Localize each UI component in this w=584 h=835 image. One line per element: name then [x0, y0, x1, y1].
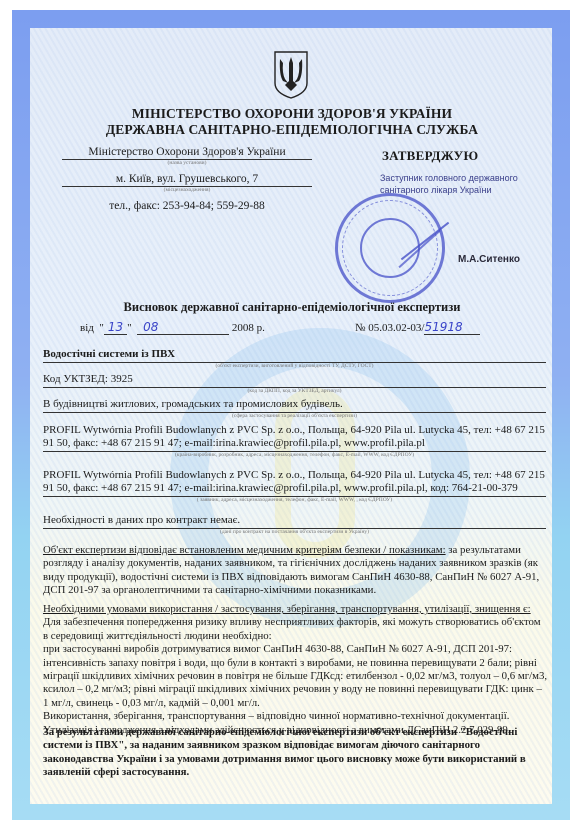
institution-block: Міністерство Охорони Здоров'я України (н…	[62, 146, 312, 212]
field-caption: (дані про контракт на постачання об'єкта…	[43, 529, 546, 536]
institution-name-caption: (назва установи)	[62, 160, 312, 167]
institution-address-caption: (місцезнаходження)	[62, 187, 312, 194]
date-prefix: від	[80, 322, 94, 334]
conditions-line: Для забезпечення попередження ризику впл…	[43, 616, 548, 643]
conditions-section: Необхідними умовами використання / засто…	[43, 603, 548, 737]
field-object: Водостічні системи із ПВХ (об'єкт експер…	[43, 348, 546, 370]
field-value: PROFIL Wytwórnia Profili Budowlanych z P…	[43, 469, 546, 497]
date-month: 08	[137, 320, 229, 335]
field-value: PROFIL Wytwórnia Profili Budowlanych z P…	[43, 424, 546, 452]
date-year: 2008 р.	[232, 322, 265, 334]
field-contract: Необхідності в даних про контракт немає.…	[43, 514, 546, 536]
field-caption: (об'єкт експертизи, виготовлений у відпо…	[43, 363, 546, 370]
field-value: Код УКТЗЕД: 3925	[43, 373, 546, 388]
ministry-title: МІНІСТЕРСТВО ОХОРОНИ ЗДОРОВ'Я УКРАЇНИ	[0, 106, 584, 122]
conclusion-paragraph: За результатами державної санітарно-епід…	[43, 726, 548, 780]
field-value: Необхідності в даних про контракт немає.	[43, 514, 546, 529]
approver-position: Заступник головного державного санітарно…	[380, 172, 560, 196]
number-prefix: № 05.03.02-03/	[355, 322, 424, 334]
field-caption: ( заявник, адреса, місцезнаходження, тел…	[43, 497, 546, 504]
conditions-line: при застосуванні виробів дотримуватися в…	[43, 643, 548, 710]
institution-address: м. Київ, вул. Грушевського, 7	[62, 173, 312, 187]
seal-center	[360, 218, 420, 278]
number-handwritten: 51918	[424, 320, 480, 335]
field-scope: В будівництві житлових, громадських та п…	[43, 398, 546, 420]
approval-label: ЗАТВЕРДЖУЮ	[382, 148, 478, 164]
issue-date: від "13" 08 2008 р.	[80, 320, 265, 335]
date-day: 13	[104, 320, 127, 335]
field-manufacturer: PROFIL Wytwórnia Profili Budowlanych z P…	[43, 424, 546, 459]
field-value: В будівництві житлових, громадських та п…	[43, 398, 546, 413]
field-value: Водостічні системи із ПВХ	[43, 348, 546, 363]
round-seal-icon	[335, 193, 445, 303]
document-number: № 05.03.02-03/51918	[355, 320, 480, 335]
trident-coat-of-arms-icon	[271, 49, 311, 99]
conformity-heading: Об'єкт експертизи відповідає встановлени…	[43, 544, 446, 556]
field-caption: (код за ДКПП, код за УКТЗЕД, артикул)	[43, 388, 546, 395]
conditions-heading: Необхідними умовами використання / засто…	[43, 603, 548, 616]
institution-name: Міністерство Охорони Здоров'я України	[62, 146, 312, 160]
document-title: Висновок державної санітарно-епідеміолог…	[0, 300, 584, 315]
service-title: ДЕРЖАВНА САНІТАРНО-ЕПІДЕМІОЛОГІЧНА СЛУЖБ…	[0, 122, 584, 138]
signer-name: М.А.Ситенко	[458, 254, 520, 265]
conformity-paragraph: Об'єкт експертизи відповідає встановлени…	[43, 544, 548, 598]
field-applicant: PROFIL Wytwórnia Profili Budowlanych z P…	[43, 469, 546, 504]
field-caption: (країна-виробник, розробник, адреса, міс…	[43, 452, 546, 459]
field-code: Код УКТЗЕД: 3925 (код за ДКПП, код за УК…	[43, 373, 546, 395]
field-caption: (сфера застосування та реалізації об'єкт…	[43, 413, 546, 420]
institution-phone: тел., факс: 253-94-84; 559-29-88	[62, 200, 312, 212]
